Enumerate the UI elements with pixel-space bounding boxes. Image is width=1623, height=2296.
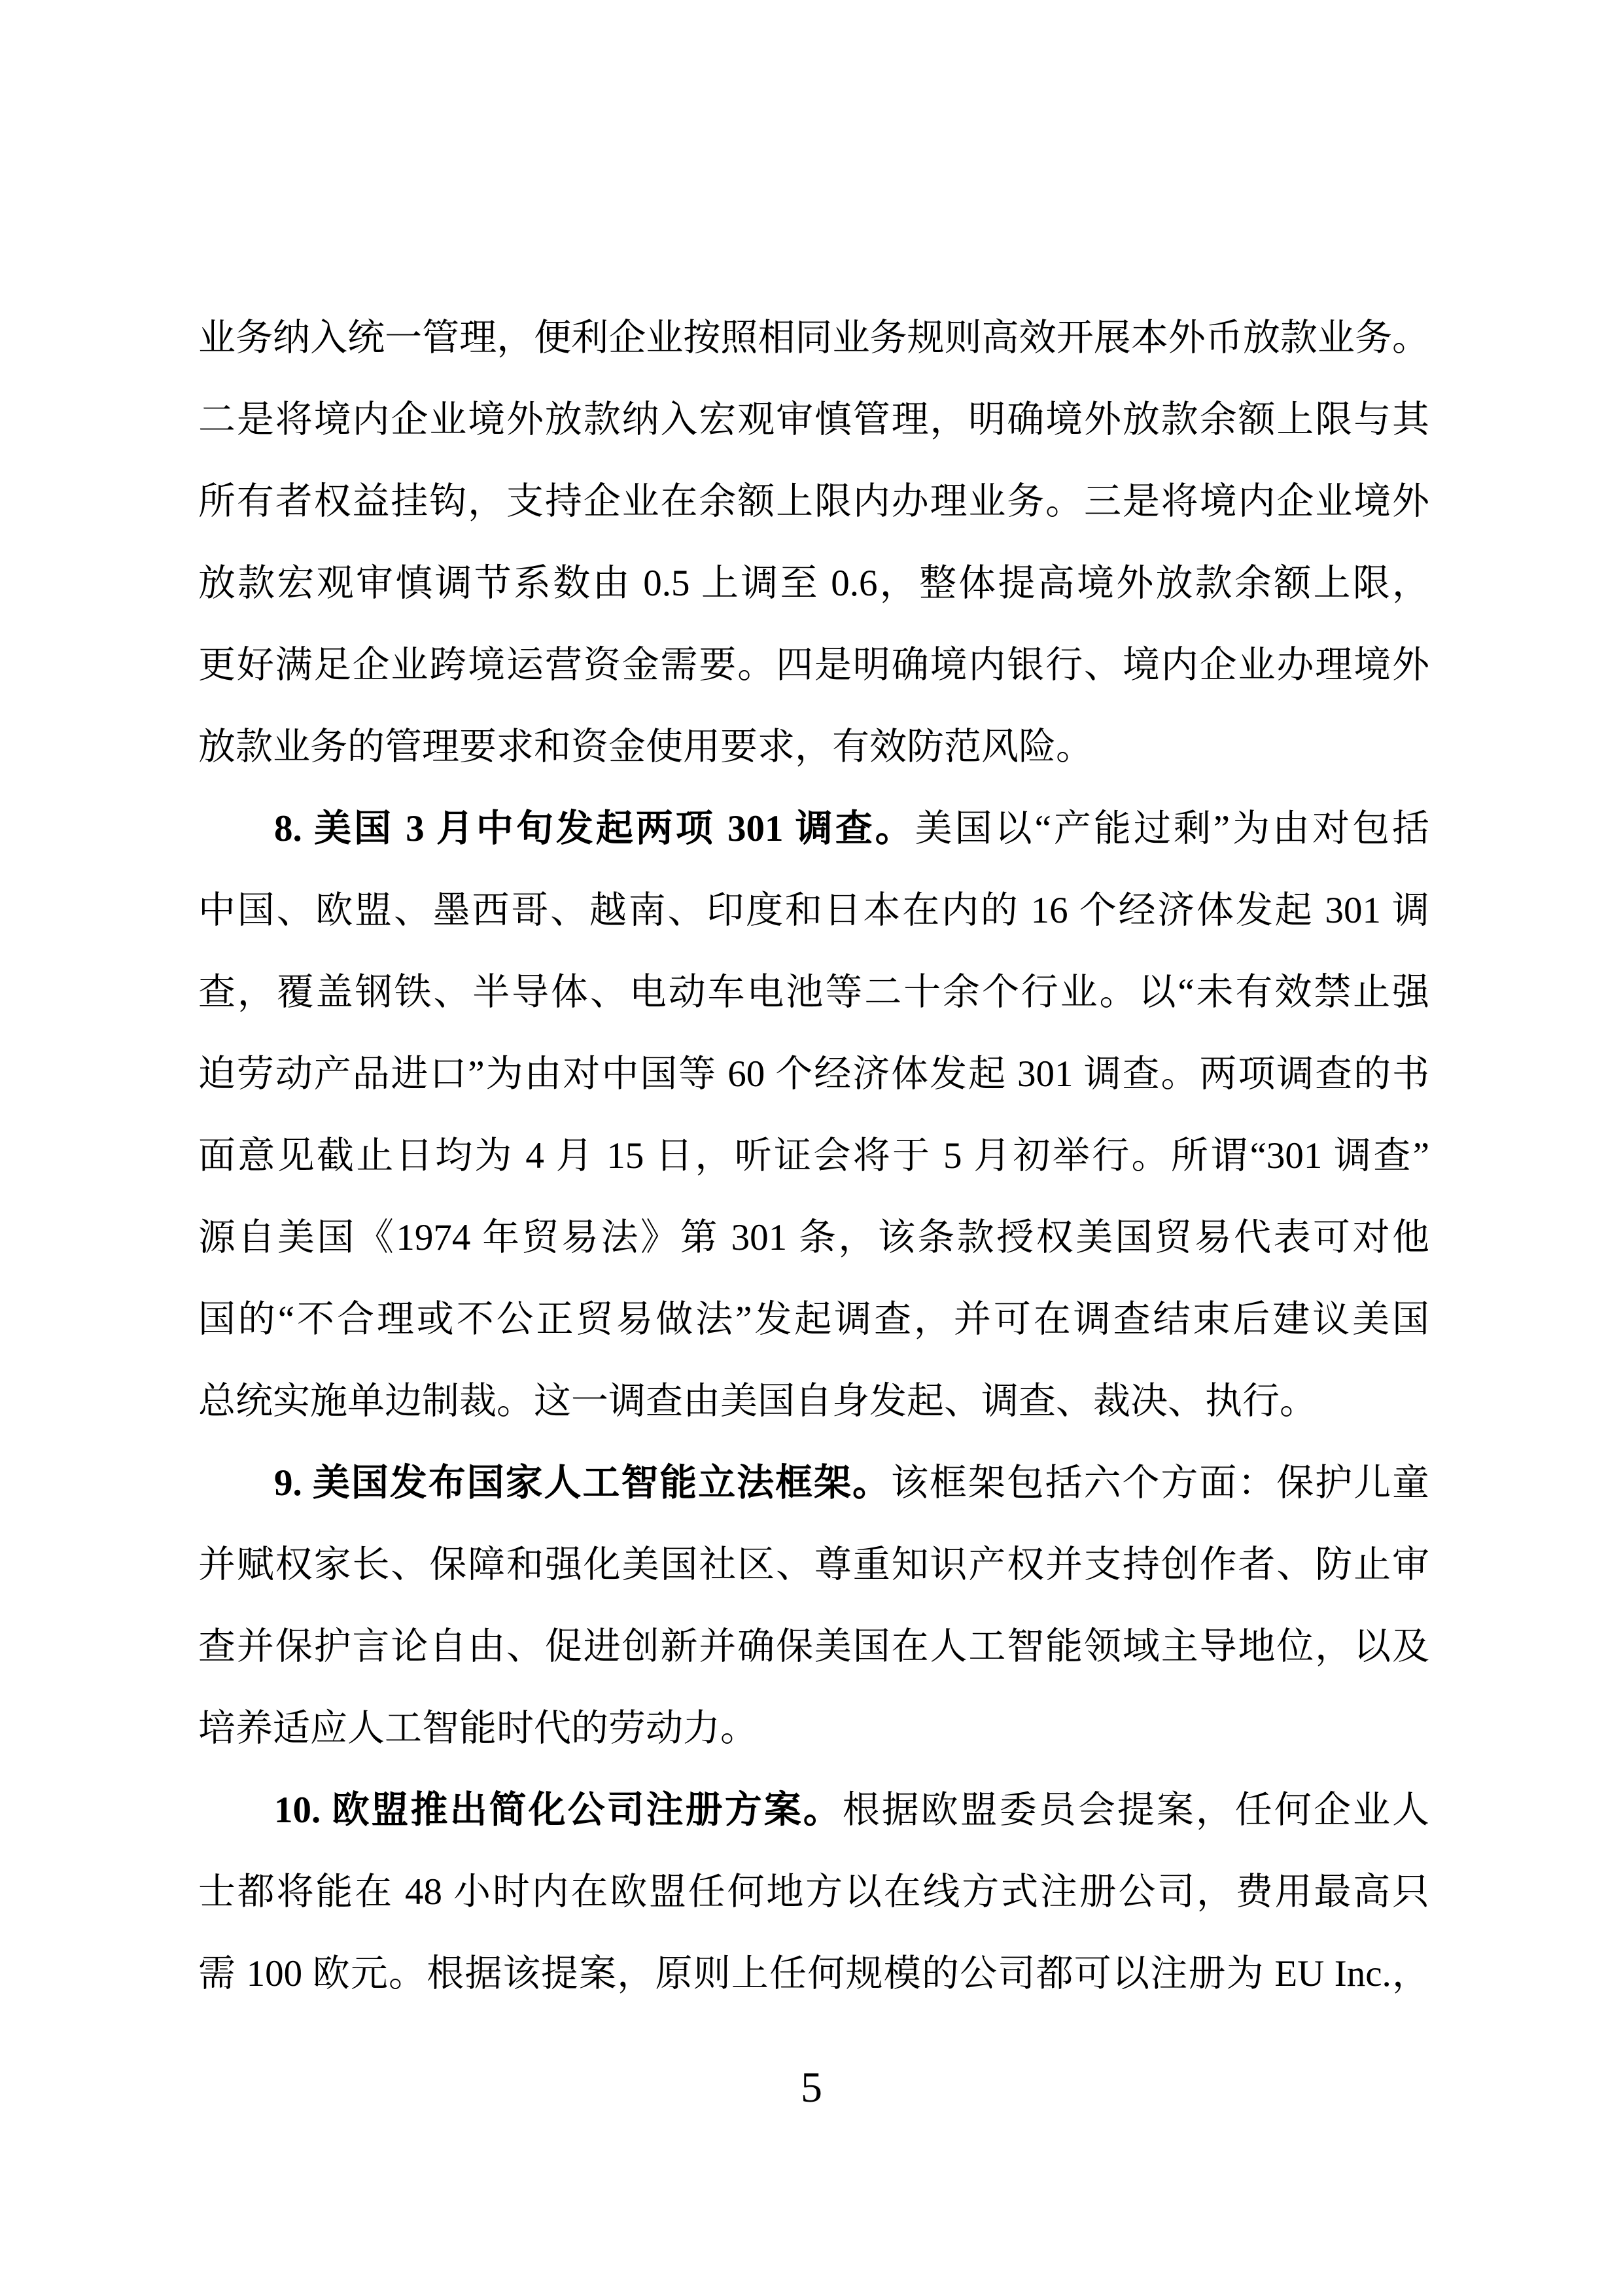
bold-run: 9. 美国发布国家人工智能立法框架。	[274, 1462, 891, 1504]
text-line: 更好满足企业跨境运营资金需要。四是明确境内银行、境内企业办理境外	[198, 624, 1429, 706]
text-run: 培养适应人工智能时代的劳动力。	[198, 1708, 758, 1749]
text-line: 总统实施单边制裁。这一调查由美国自身发起、调查、裁决、执行。	[198, 1360, 1429, 1442]
text-line: 8. 美国 3 月中旬发起两项 301 调查。美国以“产能过剩”为由对包括	[198, 788, 1429, 870]
text-run: 查，覆盖钢铁、半导体、电动车电池等二十余个行业。以“未有效禁止强	[198, 972, 1429, 1013]
text-line: 面意见截止日均为 4 月 15 日，听证会将于 5 月初举行。所谓“301 调查…	[198, 1115, 1429, 1197]
text-line: 士都将能在 48 小时内在欧盟任何地方以在线方式注册公司，费用最高只	[198, 1851, 1429, 1933]
text-line: 查并保护言论自由、促进创新并确保美国在人工智能领域主导地位，以及	[198, 1606, 1429, 1687]
text-line: 业务纳入统一管理，便利企业按照相同业务规则高效开展本外币放款业务。	[198, 297, 1429, 379]
text-line: 10. 欧盟推出简化公司注册方案。根据欧盟委员会提案，任何企业人	[198, 1769, 1429, 1851]
text-run: 放款业务的管理要求和资金使用要求，有效防范风险。	[198, 726, 1093, 768]
text-line: 培养适应人工智能时代的劳动力。	[198, 1687, 1429, 1769]
text-run: 中国、欧盟、墨西哥、越南、印度和日本在内的 16 个经济体发起 301 调	[198, 890, 1429, 931]
document-page: 业务纳入统一管理，便利企业按照相同业务规则高效开展本外币放款业务。二是将境内企业…	[0, 0, 1623, 2296]
text-run: 查并保护言论自由、促进创新并确保美国在人工智能领域主导地位，以及	[198, 1626, 1429, 1667]
text-line: 并赋权家长、保障和强化美国社区、尊重知识产权并支持创作者、防止审	[198, 1524, 1429, 1606]
text-run: 业务纳入统一管理，便利企业按照相同业务规则高效开展本外币放款业务。	[198, 317, 1429, 359]
text-line: 放款业务的管理要求和资金使用要求，有效防范风险。	[198, 706, 1429, 788]
text-run: 美国以“产能过剩”为由对包括	[915, 808, 1429, 849]
text-line: 迫劳动产品进口”为由对中国等 60 个经济体发起 301 调查。两项调查的书	[198, 1033, 1429, 1115]
text-run: 根据欧盟委员会提案，任何企业人	[843, 1790, 1429, 1831]
text-run: 二是将境内企业境外放款纳入宏观审慎管理，明确境外放款余额上限与其	[198, 399, 1429, 440]
text-run: 面意见截止日均为 4 月 15 日，听证会将于 5 月初举行。所谓“301 调查…	[198, 1135, 1429, 1176]
bold-run: 10. 欧盟推出简化公司注册方案。	[274, 1790, 843, 1831]
page-number: 5	[0, 2058, 1623, 2117]
text-line: 所有者权益挂钩，支持企业在余额上限内办理业务。三是将境内企业境外	[198, 461, 1429, 542]
text-run: 源自美国《1974 年贸易法》第 301 条，该条款授权美国贸易代表可对他	[198, 1217, 1429, 1258]
text-run: 士都将能在 48 小时内在欧盟任何地方以在线方式注册公司，费用最高只	[198, 1871, 1429, 1913]
text-line: 国的“不合理或不公正贸易做法”发起调查，并可在调查结束后建议美国	[198, 1279, 1429, 1360]
text-line: 中国、欧盟、墨西哥、越南、印度和日本在内的 16 个经济体发起 301 调	[198, 870, 1429, 951]
text-run: 更好满足企业跨境运营资金需要。四是明确境内银行、境内企业办理境外	[198, 645, 1429, 686]
text-line: 查，覆盖钢铁、半导体、电动车电池等二十余个行业。以“未有效禁止强	[198, 951, 1429, 1033]
text-run: 迫劳动产品进口”为由对中国等 60 个经济体发起 301 调查。两项调查的书	[198, 1053, 1429, 1095]
text-run: 总统实施单边制裁。这一调查由美国自身发起、调查、裁决、执行。	[198, 1381, 1317, 1422]
text-line: 9. 美国发布国家人工智能立法框架。该框架包括六个方面：保护儿童	[198, 1442, 1429, 1524]
text-run: 国的“不合理或不公正贸易做法”发起调查，并可在调查结束后建议美国	[198, 1299, 1429, 1340]
text-run: 需 100 欧元。根据该提案，原则上任何规模的公司都可以注册为 EU Inc.，	[198, 1953, 1429, 1994]
bold-run: 8. 美国 3 月中旬发起两项 301 调查。	[274, 808, 915, 849]
text-block: 业务纳入统一管理，便利企业按照相同业务规则高效开展本外币放款业务。二是将境内企业…	[198, 297, 1429, 2015]
text-run: 所有者权益挂钩，支持企业在余额上限内办理业务。三是将境内企业境外	[198, 481, 1429, 522]
text-line: 放款宏观审慎调节系数由 0.5 上调至 0.6，整体提高境外放款余额上限，	[198, 542, 1429, 624]
text-run: 该框架包括六个方面：保护儿童	[891, 1462, 1429, 1504]
text-line: 需 100 欧元。根据该提案，原则上任何规模的公司都可以注册为 EU Inc.，	[198, 1933, 1429, 2015]
text-line: 二是将境内企业境外放款纳入宏观审慎管理，明确境外放款余额上限与其	[198, 379, 1429, 461]
text-run: 并赋权家长、保障和强化美国社区、尊重知识产权并支持创作者、防止审	[198, 1544, 1429, 1585]
text-line: 源自美国《1974 年贸易法》第 301 条，该条款授权美国贸易代表可对他	[198, 1197, 1429, 1279]
text-run: 放款宏观审慎调节系数由 0.5 上调至 0.6，整体提高境外放款余额上限，	[198, 563, 1429, 604]
